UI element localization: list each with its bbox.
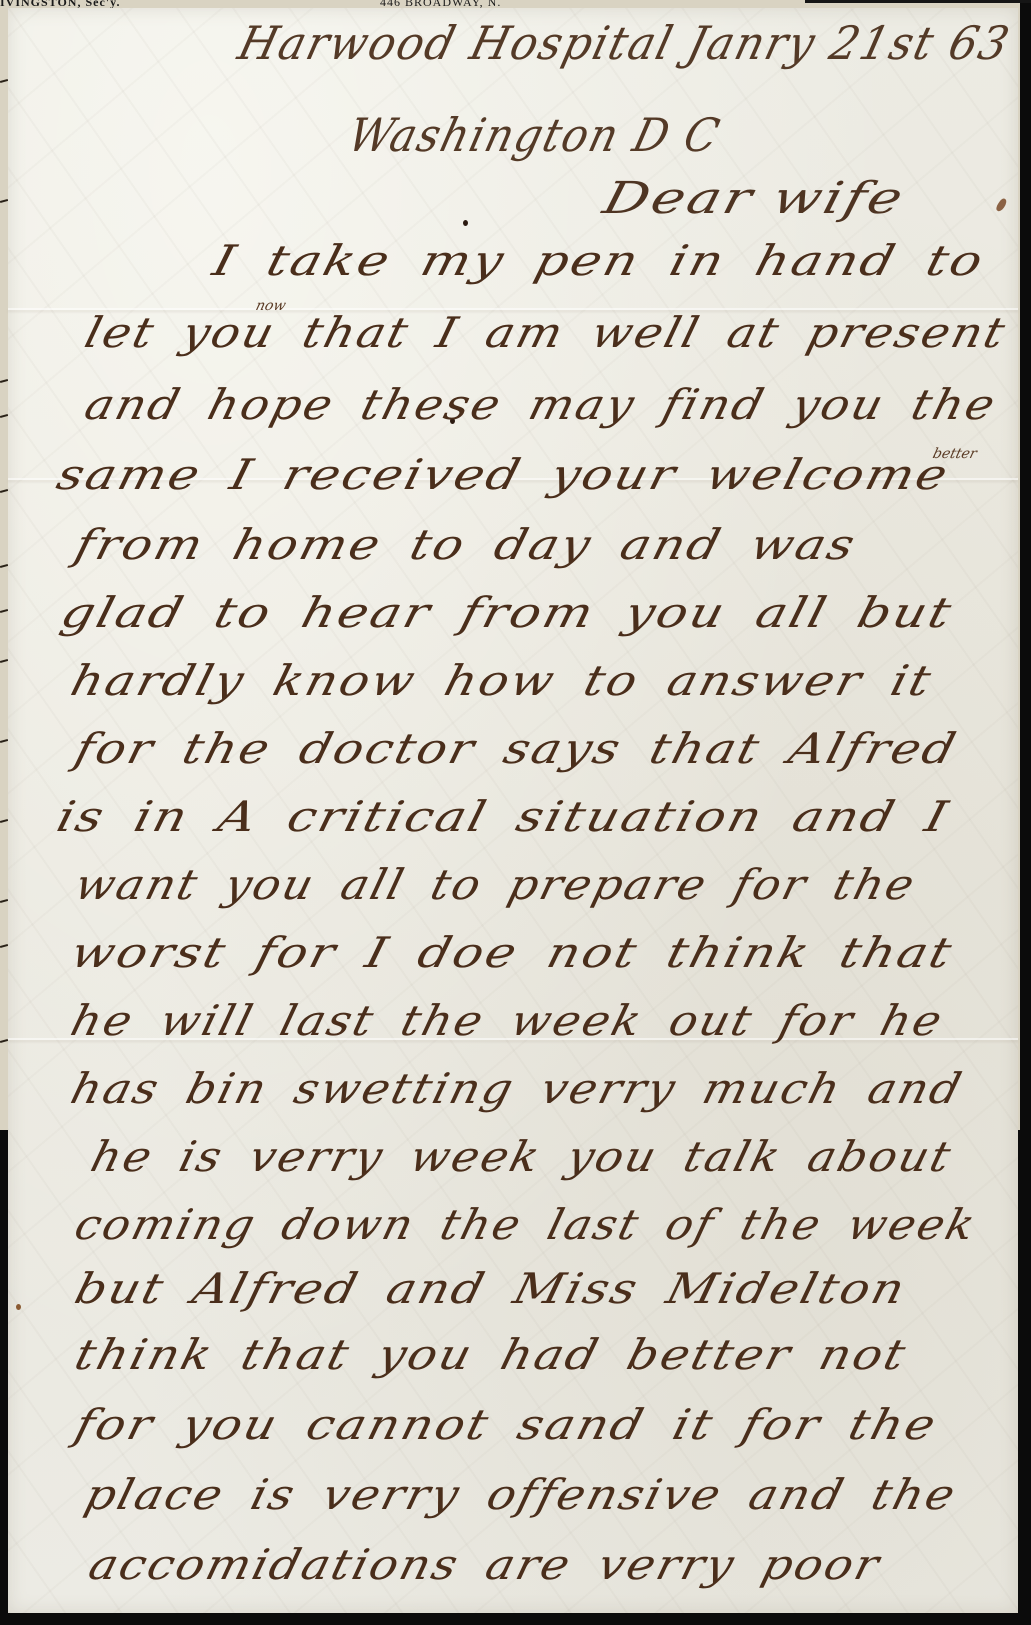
letter-line: think that you had better not: [70, 1330, 913, 1379]
printed-header-strip: IVINGSTON, Sec'y. 446 BROADWAY, N.: [0, 0, 1031, 8]
printed-text-middle: 446 BROADWAY, N.: [380, 0, 501, 8]
letter-line: I take my pen in hand to: [208, 236, 990, 285]
letter-line: is in A critical situation and I: [52, 792, 955, 841]
letter-place-date: Harwood Hospital Janry 21st 63: [233, 16, 1016, 70]
letter-line: coming down the last of the week: [70, 1200, 982, 1249]
letter-line: and hope these may find you the: [80, 380, 1002, 429]
dark-edge: [805, 0, 1031, 3]
ink-blot: [995, 197, 1009, 212]
ink-dot: [463, 220, 468, 226]
letter-line: place is verry offensive and the: [80, 1470, 962, 1519]
letter-line: want you all to prepare for the: [70, 860, 921, 909]
letter-line: for you cannot sand it for the: [70, 1400, 943, 1449]
letter-line: he is verry week you talk about: [86, 1132, 958, 1181]
margin-spot: [16, 1304, 21, 1310]
letter-line: he will last the week out for he: [66, 996, 949, 1045]
printed-text-left: IVINGSTON, Sec'y.: [0, 0, 120, 8]
letter-salutation: Dear wife: [598, 173, 910, 224]
letter-line: same I received your welcome: [52, 450, 955, 499]
letter-line: glad to hear from you all but: [56, 588, 958, 637]
letter-line: accomidations are verry poor: [84, 1540, 886, 1589]
letter-city: Washington D C: [343, 108, 726, 162]
letter-line: has bin swetting verry much and: [66, 1064, 968, 1113]
letter-line: hardly know how to answer it: [66, 656, 938, 705]
letter-line: from home to day and was: [70, 520, 862, 569]
letter-sheet: Harwood Hospital Janry 21st 63 Washingto…: [8, 8, 1018, 1613]
letter-line: but Alfred and Miss Midelton: [70, 1264, 912, 1313]
letter-line: for the doctor says that Alfred: [70, 724, 963, 773]
letter-line: worst for I doe not think that: [66, 928, 959, 977]
letter-line: let you that I am well at present: [80, 308, 1012, 357]
